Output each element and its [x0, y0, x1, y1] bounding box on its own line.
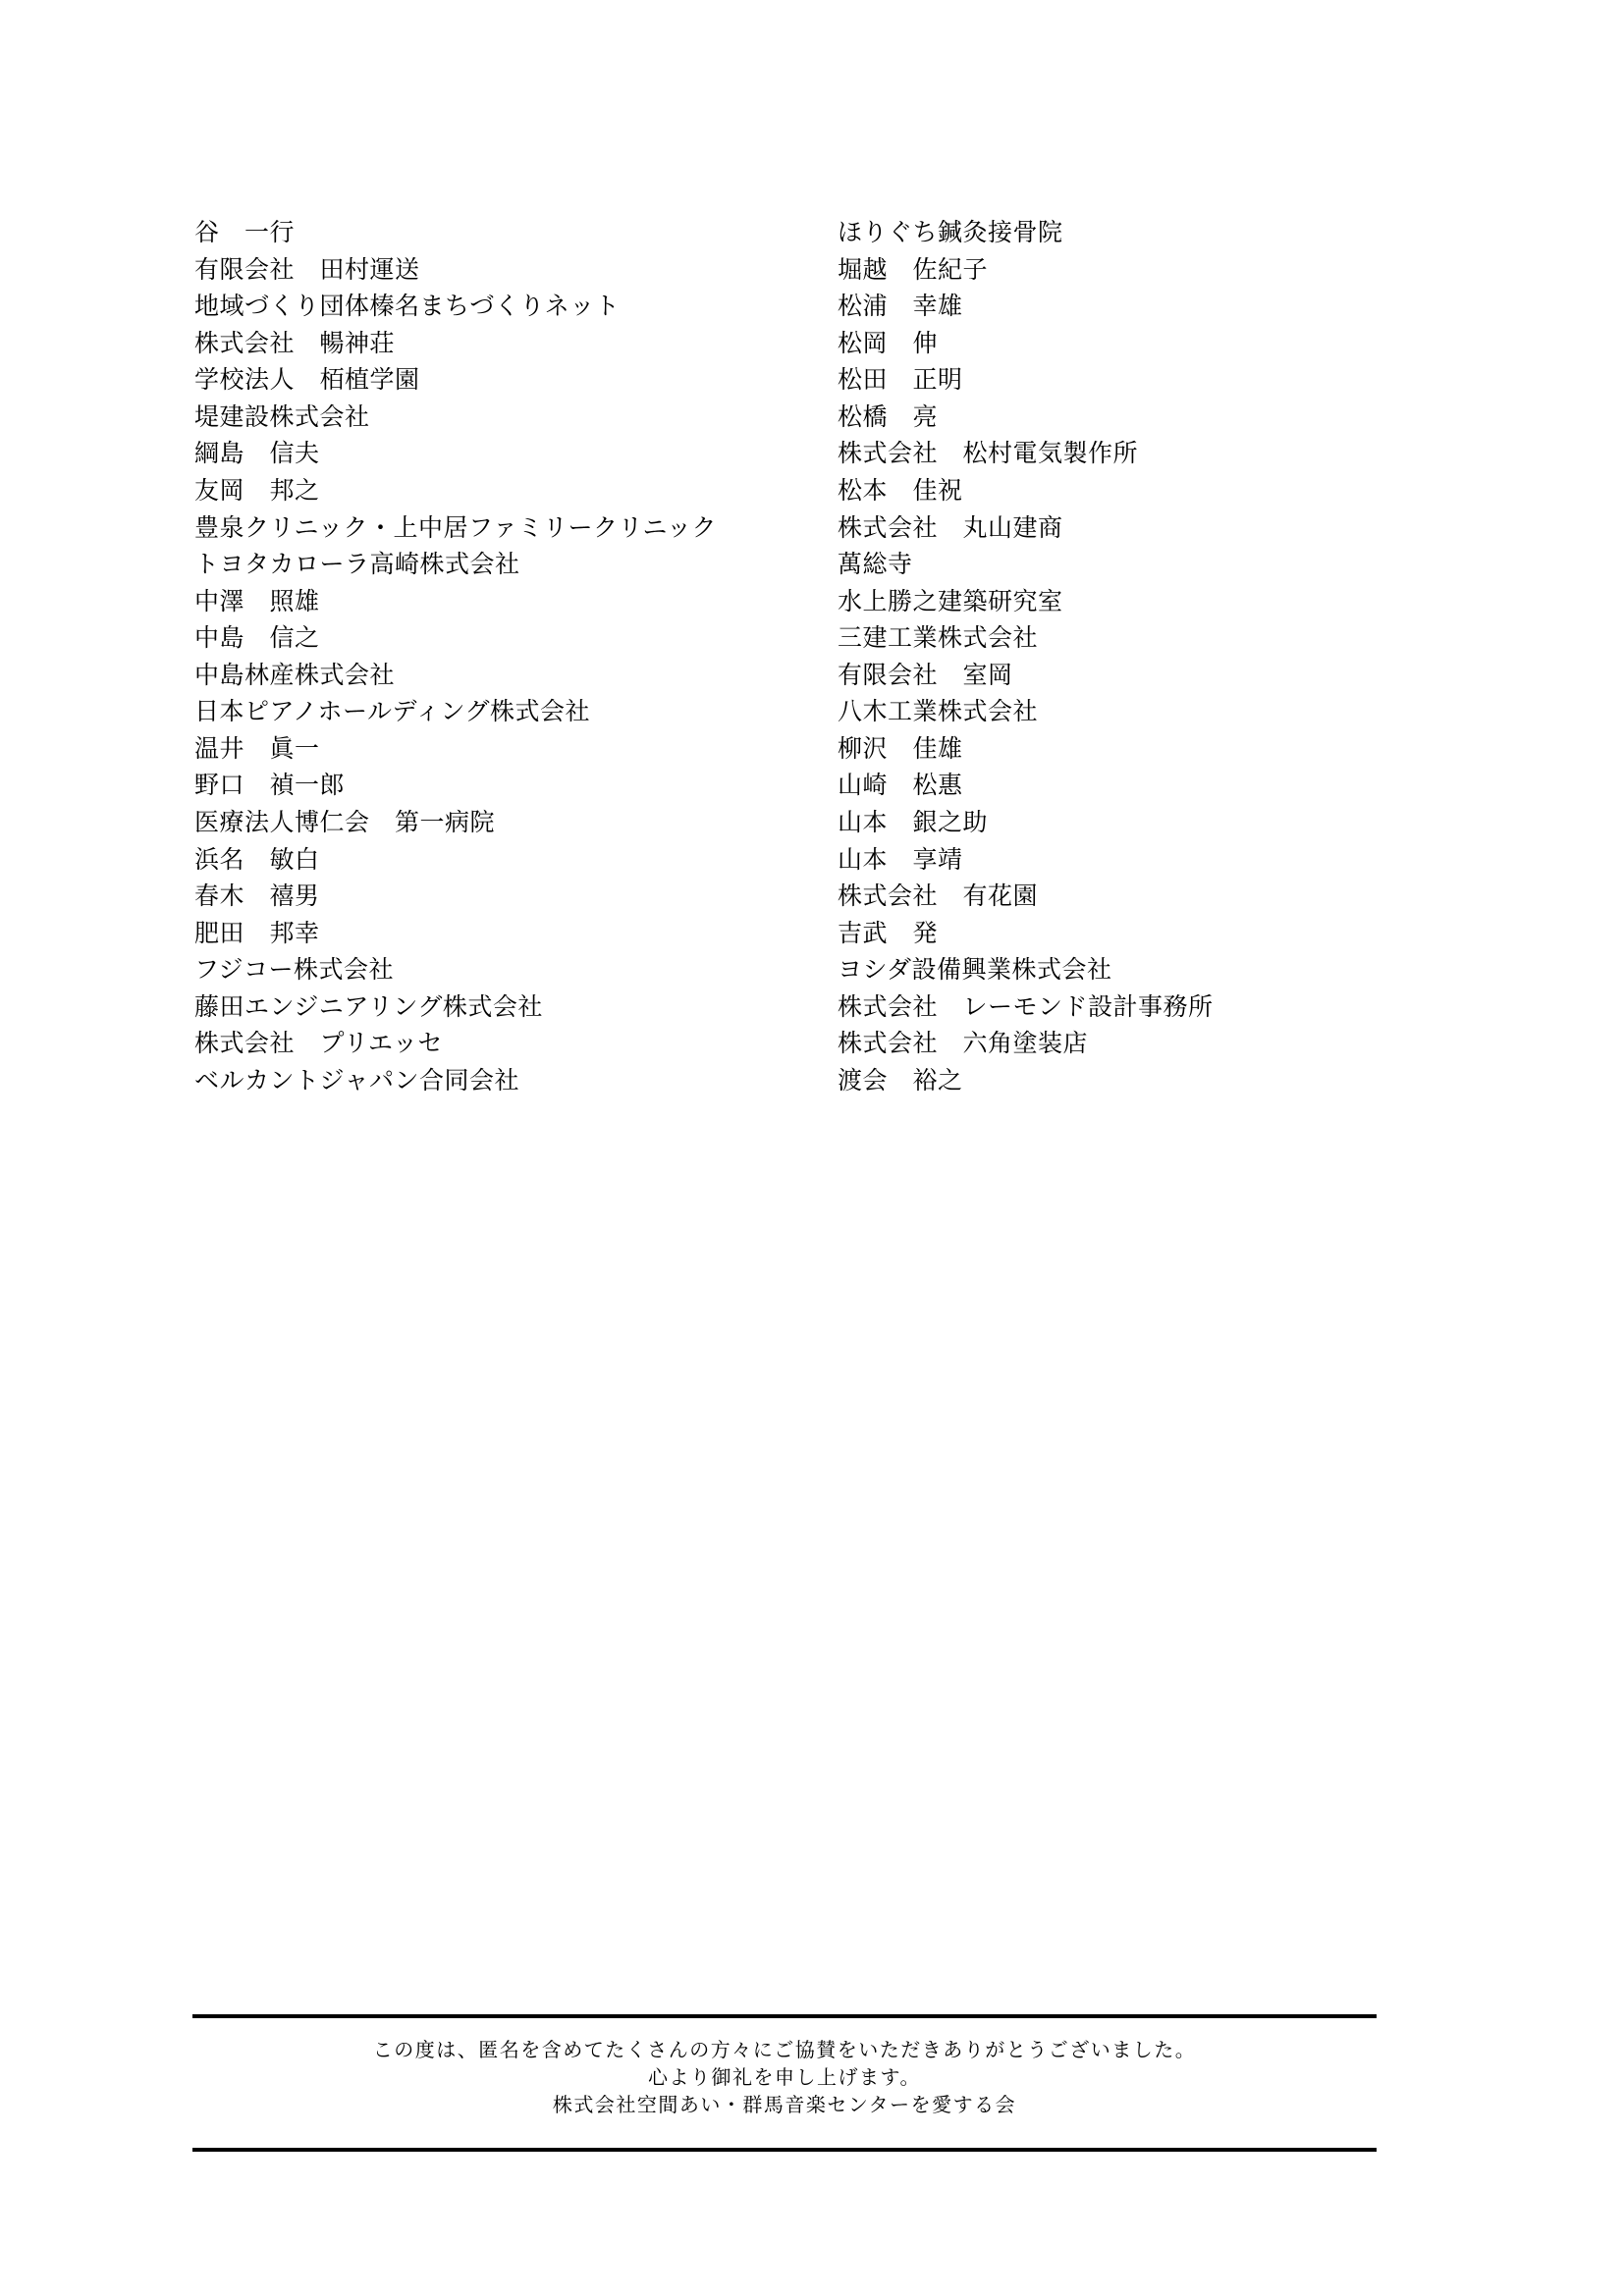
- sponsor-entry: 谷 一行: [194, 214, 717, 251]
- sponsor-entry: 松橋 亮: [838, 399, 1214, 436]
- sponsor-entry: 株式会社 暢神荘: [194, 325, 717, 362]
- sponsor-entry: ヨシダ設備興業株式会社: [838, 951, 1214, 988]
- sponsor-entry: 肥田 邦幸: [194, 915, 717, 952]
- sponsor-entry: 日本ピアノホールディング株式会社: [194, 693, 717, 730]
- sponsor-entry: 山崎 松惠: [838, 767, 1214, 804]
- sponsor-entry: 有限会社 室岡: [838, 657, 1214, 694]
- bottom-divider: [192, 2148, 1377, 2152]
- sponsor-entry: 柳沢 佳雄: [838, 730, 1214, 768]
- sponsor-entry: 堀越 佐紀子: [838, 251, 1214, 289]
- sponsor-entry: 地域づくり団体榛名まちづくりネット: [194, 288, 717, 325]
- sponsor-entry: 松岡 伸: [838, 325, 1214, 362]
- sponsor-entry: 医療法人博仁会 第一病院: [194, 804, 717, 841]
- sponsor-entry: 吉武 発: [838, 915, 1214, 952]
- sponsor-entry: 綱島 信夫: [194, 435, 717, 472]
- sponsor-entry: 中島 信之: [194, 619, 717, 657]
- sponsor-entry: 温井 眞一: [194, 730, 717, 768]
- sponsor-list-left: 谷 一行 有限会社 田村運送 地域づくり団体榛名まちづくりネット 株式会社 暢神…: [194, 214, 717, 1099]
- sponsor-entry: 松浦 幸雄: [838, 288, 1214, 325]
- organizer-signature: 株式会社空間あい・群馬音楽センターを愛する会: [192, 2093, 1377, 2116]
- top-divider: [192, 2014, 1377, 2018]
- sponsor-entry: 株式会社 松村電気製作所: [838, 435, 1214, 472]
- sponsor-list-right: ほりぐち鍼灸接骨院 堀越 佐紀子 松浦 幸雄 松岡 伸 松田 正明 松橋 亮 株…: [838, 214, 1214, 1099]
- sponsor-entry: 中島林産株式会社: [194, 657, 717, 694]
- sponsor-entry: 山本 享靖: [838, 841, 1214, 879]
- sponsor-entry: 株式会社 丸山建商: [838, 509, 1214, 547]
- sponsor-entry: トヨタカローラ高崎株式会社: [194, 546, 717, 583]
- sponsor-entry: 堤建設株式会社: [194, 399, 717, 436]
- sponsor-entry: ほりぐち鍼灸接骨院: [838, 214, 1214, 251]
- sponsor-entry: ベルカントジャパン合同会社: [194, 1062, 717, 1099]
- sponsor-entry: 浜名 敏白: [194, 841, 717, 879]
- sponsor-entry: 渡会 裕之: [838, 1062, 1214, 1099]
- sponsor-entry: 友岡 邦之: [194, 472, 717, 509]
- sponsor-entry: 学校法人 栢植学園: [194, 361, 717, 399]
- sponsor-entry: フジコー株式会社: [194, 951, 717, 988]
- sponsor-entry: 株式会社 六角塗装店: [838, 1025, 1214, 1062]
- sponsor-entry: 野口 禎一郎: [194, 767, 717, 804]
- sponsor-entry: 水上勝之建築研究室: [838, 583, 1214, 620]
- sponsor-entry: 株式会社 レーモンド設計事務所: [838, 988, 1214, 1026]
- sponsor-entry: 株式会社 有花園: [838, 878, 1214, 915]
- sponsor-entry: 山本 銀之助: [838, 804, 1214, 841]
- sponsor-entry: 豊泉クリニック・上中居ファミリークリニック: [194, 509, 717, 547]
- sponsor-entry: 藤田エンジニアリング株式会社: [194, 988, 717, 1026]
- sponsor-entry: 中澤 照雄: [194, 583, 717, 620]
- sponsor-entry: 有限会社 田村運送: [194, 251, 717, 289]
- document-page: 谷 一行 有限会社 田村運送 地域づくり団体榛名まちづくりネット 株式会社 暢神…: [0, 0, 1624, 2296]
- acknowledgement-footer: この度は、匿名を含めてたくさんの方々にご協賛をいただきありがとうございました。 …: [192, 2014, 1377, 2152]
- sponsor-entry: 松田 正明: [838, 361, 1214, 399]
- sponsor-entry: 株式会社 プリエッセ: [194, 1025, 717, 1062]
- sponsor-entry: 三建工業株式会社: [838, 619, 1214, 657]
- sponsor-entry: 松本 佳祝: [838, 472, 1214, 509]
- gratitude-message: 心より御礼を申し上げます。: [192, 2065, 1377, 2089]
- sponsor-entry: 春木 禧男: [194, 878, 717, 915]
- thanks-message: この度は、匿名を含めてたくさんの方々にご協賛をいただきありがとうございました。: [192, 2038, 1377, 2061]
- sponsor-entry: 萬総寺: [838, 546, 1214, 583]
- sponsor-entry: 八木工業株式会社: [838, 693, 1214, 730]
